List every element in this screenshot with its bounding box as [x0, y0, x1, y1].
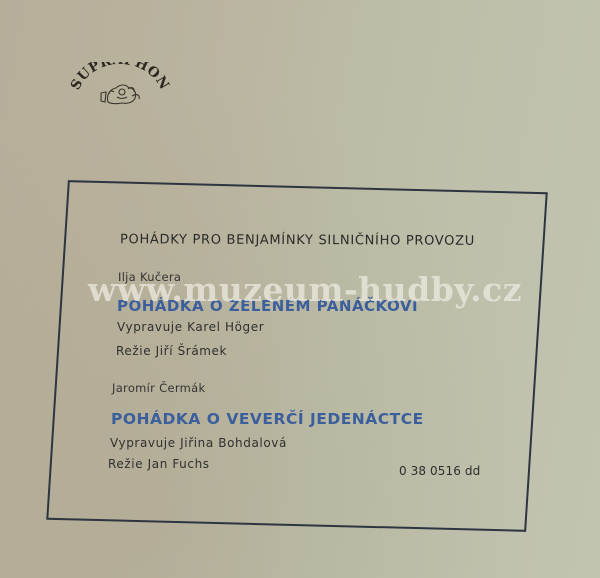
catalog-number: 0 38 0516 dd [399, 464, 480, 478]
story-1-author: Ilja Kučera [118, 270, 181, 284]
story-1-title: POHÁDKA O ZELENÉM PANÁČKOVI [117, 297, 418, 315]
story-2-title: POHÁDKA O VEVERČÍ JEDENÁCTCE [111, 410, 424, 428]
story-2-narrator: Vypravuje Jiřina Bohdalová [110, 436, 287, 450]
story-1-director: Režie Jiří Šrámek [116, 344, 227, 358]
story-2-director: Režie Jan Fuchs [108, 457, 210, 471]
story-2-author: Jaromír Čermák [112, 381, 205, 395]
sleeve-text: POHÁDKY PRO BENJAMÍNKY SILNIČNÍHO PROVOZ… [0, 0, 600, 578]
series-title: POHÁDKY PRO BENJAMÍNKY SILNIČNÍHO PROVOZ… [120, 232, 475, 249]
story-1-narrator: Vypravuje Karel Höger [117, 320, 264, 334]
